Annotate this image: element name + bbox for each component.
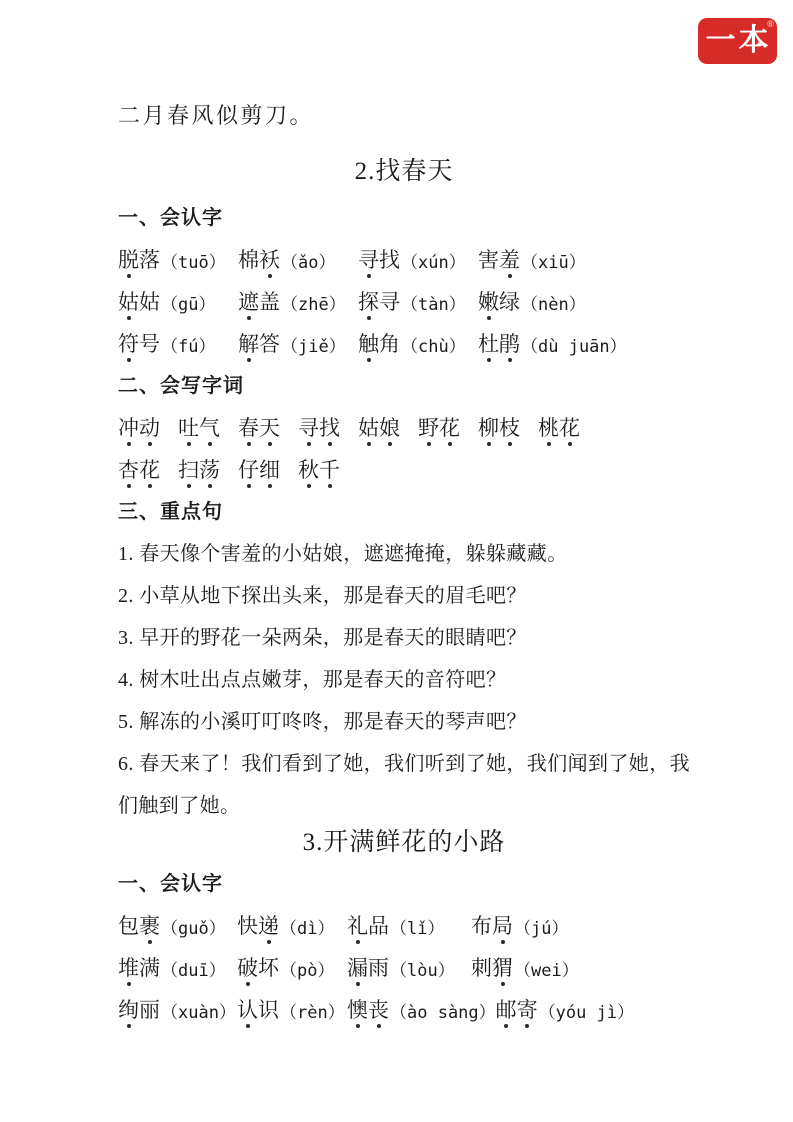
vocab-character: 漏 (347, 956, 368, 980)
vocab-character: 寄 (517, 998, 538, 1022)
vocab-item: 寻找 (298, 416, 340, 440)
vocab-character: 雨 (368, 956, 389, 980)
pinyin-annotation: （tàn） (401, 290, 466, 315)
vocab-character: 细 (259, 458, 280, 482)
vocab-item: 野花 (418, 416, 460, 440)
lesson3-renzi-words: 包裹（guǒ）快递（dì）礼品（lǐ）布局（jú）堆满（duī）破坏（pò）漏雨… (118, 905, 690, 1031)
vocab-character: 识 (258, 998, 279, 1022)
pinyin-annotation: （lǐ） (390, 914, 444, 939)
vocab-item: 遮盖（zhē） (238, 290, 358, 315)
vocab-item: 嫩绿（nèn） (478, 290, 586, 315)
vocab-character: 寻 (298, 416, 319, 440)
pinyin-annotation: （xiū） (521, 248, 586, 273)
pinyin-annotation: （dù juān） (521, 332, 627, 357)
vocab-character: 局 (492, 914, 513, 938)
lesson2-title: 2.找春天 (118, 147, 690, 197)
vocab-item: 懊丧（ào sàng） (347, 998, 496, 1023)
vocab-character: 天 (259, 416, 280, 440)
vocab-item: 仔细 (238, 458, 280, 482)
lesson2-xiezi-words: 冲动吐气春天寻找姑娘野花柳枝桃花杏花扫荡仔细秋千 (118, 407, 690, 491)
document-content: 二月春风似剪刀。 2.找春天 一、会认字 脱落（tuō）棉袄（ǎo）寻找（xún… (118, 95, 690, 1031)
vocab-item: 寻找（xún） (358, 248, 478, 273)
vocab-character: 气 (199, 416, 220, 440)
vocab-character: 快 (237, 914, 258, 938)
pinyin-annotation: （zhē） (281, 290, 346, 315)
vocab-character: 角 (379, 332, 400, 356)
vocab-item: 漏雨（lòu） (347, 956, 471, 981)
vocab-item: 杜鹃（dù juān） (478, 332, 627, 357)
pinyin-annotation: （xuàn） (161, 998, 236, 1023)
vocab-character: 遮 (238, 290, 259, 314)
pinyin-annotation: （ǎo） (281, 248, 335, 273)
vocab-item: 冲动 (118, 416, 160, 440)
vocab-character: 姑 (118, 290, 139, 314)
vocab-row: 包裹（guǒ）快递（dì）礼品（lǐ）布局（jú） (118, 905, 690, 947)
vocab-character: 娘 (379, 416, 400, 440)
vocab-character: 杜 (478, 332, 499, 356)
vocab-character: 柳 (478, 416, 499, 440)
vocab-character: 千 (319, 458, 340, 482)
vocab-character: 盖 (259, 290, 280, 314)
key-sentence: 4. 树木吐出点点嫩芽，那是春天的音符吧？ (118, 659, 690, 701)
vocab-character: 春 (238, 416, 259, 440)
pinyin-annotation: （guǒ） (161, 914, 226, 939)
vocab-item: 害羞（xiū） (478, 248, 586, 273)
vocab-character: 包 (118, 914, 139, 938)
key-sentence: 1. 春天像个害羞的小姑娘，遮遮掩掩，躲躲藏藏。 (118, 533, 690, 575)
vocab-character: 吐 (178, 416, 199, 440)
vocab-item: 春天 (238, 416, 280, 440)
pinyin-annotation: （jiě） (281, 332, 346, 357)
vocab-row: 绚丽（xuàn）认识（rèn）懊丧（ào sàng）邮寄（yóu jì） (118, 989, 690, 1031)
vocab-character: 符 (118, 332, 139, 356)
registered-trademark-icon: ® (767, 20, 774, 29)
vocab-character: 解 (238, 332, 259, 356)
vocab-item: 柳枝 (478, 416, 520, 440)
vocab-character: 裹 (139, 914, 160, 938)
pinyin-annotation: （xún） (401, 248, 466, 273)
vocab-character: 花 (439, 416, 460, 440)
vocab-character: 花 (139, 458, 160, 482)
vocab-character: 荡 (199, 458, 220, 482)
vocab-character: 认 (237, 998, 258, 1022)
lesson3-renzi-heading: 一、会认字 (118, 863, 690, 905)
vocab-row: 姑姑（gū）遮盖（zhē）探寻（tàn）嫩绿（nèn） (118, 281, 690, 323)
vocab-item: 姑娘 (358, 416, 400, 440)
vocab-character: 丧 (368, 998, 389, 1022)
pinyin-annotation: （duī） (161, 956, 226, 981)
key-sentence: 3. 早开的野花一朵两朵，那是春天的眼睛吧？ (118, 617, 690, 659)
pinyin-annotation: （lòu） (390, 956, 455, 981)
vocab-row: 冲动吐气春天寻找姑娘野花柳枝桃花 (118, 407, 690, 449)
vocab-character: 绚 (118, 998, 139, 1022)
lesson2-renzi-words: 脱落（tuō）棉袄（ǎo）寻找（xún）害羞（xiū）姑姑（gū）遮盖（zhē）… (118, 239, 690, 365)
vocab-character: 探 (358, 290, 379, 314)
vocab-item: 姑姑（gū） (118, 290, 238, 315)
vocab-character: 羞 (499, 248, 520, 272)
vocab-character: 寻 (379, 290, 400, 314)
vocab-row: 脱落（tuō）棉袄（ǎo）寻找（xún）害羞（xiū） (118, 239, 690, 281)
vocab-character: 答 (259, 332, 280, 356)
vocab-row: 杏花扫荡仔细秋千 (118, 449, 690, 491)
vocab-character: 袄 (259, 248, 280, 272)
vocab-item: 邮寄（yóu jì） (496, 998, 634, 1023)
lesson2-sentences-heading: 三、重点句 (118, 491, 690, 533)
vocab-character: 花 (559, 416, 580, 440)
lesson2-xiezi-heading: 二、会写字词 (118, 365, 690, 407)
vocab-item: 扫荡 (178, 458, 220, 482)
vocab-character: 刺 (471, 956, 492, 980)
key-sentence: 2. 小草从地下探出头来，那是春天的眉毛吧？ (118, 575, 690, 617)
vocab-item: 探寻（tàn） (358, 290, 478, 315)
vocab-character: 邮 (496, 998, 517, 1022)
pinyin-annotation: （yóu jì） (539, 998, 634, 1023)
vocab-character: 鹃 (499, 332, 520, 356)
vocab-character: 扫 (178, 458, 199, 482)
pinyin-annotation: （dì） (280, 914, 334, 939)
vocab-item: 秋千 (298, 458, 340, 482)
vocab-character: 布 (471, 914, 492, 938)
pinyin-annotation: （fú） (161, 332, 215, 357)
pinyin-annotation: （chù） (401, 332, 466, 357)
vocab-character: 冲 (118, 416, 139, 440)
vocab-character: 姑 (139, 290, 160, 314)
vocab-character: 触 (358, 332, 379, 356)
vocab-character: 懊 (347, 998, 368, 1022)
intro-line: 二月春风似剪刀。 (118, 95, 690, 137)
vocab-character: 堆 (118, 956, 139, 980)
pinyin-annotation: （jú） (514, 914, 568, 939)
key-sentence: 5. 解冻的小溪叮叮咚咚，那是春天的琴声吧？ (118, 701, 690, 743)
vocab-character: 脱 (118, 248, 139, 272)
vocab-item: 礼品（lǐ） (347, 914, 471, 939)
lesson3-title: 3.开满鲜花的小路 (118, 823, 690, 863)
pinyin-annotation: （gū） (161, 290, 215, 315)
pinyin-annotation: （wei） (514, 956, 579, 981)
vocab-character: 动 (139, 416, 160, 440)
vocab-character: 找 (319, 416, 340, 440)
vocab-item: 快递（dì） (237, 914, 347, 939)
vocab-row: 符号（fú）解答（jiě）触角（chù）杜鹃（dù juān） (118, 323, 690, 365)
vocab-character: 落 (139, 248, 160, 272)
vocab-character: 找 (379, 248, 400, 272)
vocab-item: 布局（jú） (471, 914, 568, 939)
vocab-item: 破坏（pò） (237, 956, 347, 981)
pinyin-annotation: （nèn） (521, 290, 586, 315)
vocab-character: 猬 (492, 956, 513, 980)
vocab-character: 递 (258, 914, 279, 938)
vocab-item: 认识（rèn） (237, 998, 347, 1023)
vocab-item: 包裹（guǒ） (118, 914, 237, 939)
vocab-item: 桃花 (538, 416, 580, 440)
pinyin-annotation: （tuō） (161, 248, 226, 273)
vocab-character: 桃 (538, 416, 559, 440)
vocab-character: 礼 (347, 914, 368, 938)
vocab-item: 刺猬（wei） (471, 956, 579, 981)
lesson2-key-sentences: 1. 春天像个害羞的小姑娘，遮遮掩掩，躲躲藏藏。2. 小草从地下探出头来，那是春… (118, 533, 690, 827)
vocab-row: 堆满（duī）破坏（pò）漏雨（lòu）刺猬（wei） (118, 947, 690, 989)
vocab-character: 杏 (118, 458, 139, 482)
vocab-character: 坏 (258, 956, 279, 980)
pinyin-annotation: （rèn） (280, 998, 345, 1023)
pinyin-annotation: （ào sàng） (390, 998, 496, 1023)
vocab-item: 堆满（duī） (118, 956, 237, 981)
vocab-character: 破 (237, 956, 258, 980)
vocab-character: 号 (139, 332, 160, 356)
vocab-character: 寻 (358, 248, 379, 272)
lesson2-renzi-heading: 一、会认字 (118, 197, 690, 239)
vocab-item: 棉袄（ǎo） (238, 248, 358, 273)
vocab-item: 解答（jiě） (238, 332, 358, 357)
vocab-item: 脱落（tuō） (118, 248, 238, 273)
vocab-item: 符号（fú） (118, 332, 238, 357)
yiben-logo: 一本 ® (698, 18, 777, 64)
vocab-character: 丽 (139, 998, 160, 1022)
vocab-character: 害 (478, 248, 499, 272)
vocab-character: 仔 (238, 458, 259, 482)
vocab-item: 触角（chù） (358, 332, 478, 357)
vocab-character: 野 (418, 416, 439, 440)
pinyin-annotation: （pò） (280, 956, 334, 981)
vocab-character: 嫩 (478, 290, 499, 314)
vocab-item: 绚丽（xuàn） (118, 998, 237, 1023)
vocab-character: 枝 (499, 416, 520, 440)
yiben-logo-text: 一本 (704, 26, 772, 56)
document-page: 一本 ® 二月春风似剪刀。 2.找春天 一、会认字 脱落（tuō）棉袄（ǎo）寻… (0, 0, 793, 1122)
vocab-character: 绿 (499, 290, 520, 314)
vocab-character: 满 (139, 956, 160, 980)
vocab-item: 吐气 (178, 416, 220, 440)
vocab-character: 秋 (298, 458, 319, 482)
vocab-character: 姑 (358, 416, 379, 440)
vocab-character: 棉 (238, 248, 259, 272)
key-sentence: 6. 春天来了！我们看到了她，我们听到了她，我们闻到了她，我们触到了她。 (118, 743, 690, 827)
vocab-character: 品 (368, 914, 389, 938)
vocab-item: 杏花 (118, 458, 160, 482)
